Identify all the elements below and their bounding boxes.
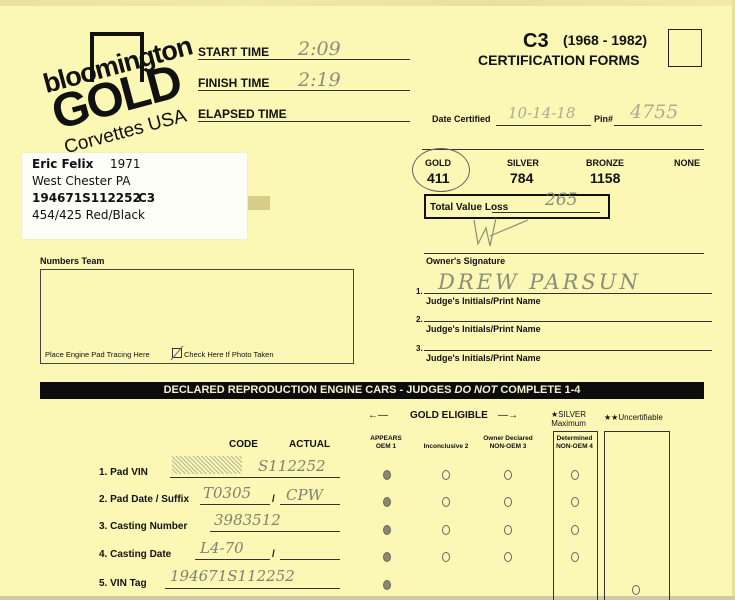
code-header: CODE <box>229 439 258 450</box>
row-casting-number-label: 3. Casting Number <box>99 521 187 532</box>
row-pad-date-code-field[interactable] <box>200 504 270 505</box>
row-vin-tag-field[interactable] <box>165 588 340 589</box>
pin-field[interactable] <box>614 125 702 126</box>
gold-eligible-header: GOLD ELIGIBLE <box>410 410 488 421</box>
judge-1-label: Judge's Initials/Print Name <box>426 296 541 306</box>
date-certified-field[interactable] <box>496 125 591 126</box>
silver-maximum-header: ★SILVERMaximum <box>551 410 586 428</box>
level-bronze-label[interactable]: BRONZE <box>586 158 624 168</box>
row2-radio-owner-declared[interactable] <box>504 497 512 507</box>
scribbled-out-code <box>172 456 242 474</box>
judge-1-number: 1. <box>416 287 423 296</box>
row4-radio-inconclusive[interactable] <box>442 552 450 562</box>
judge-2-label: Judge's Initials/Print Name <box>426 324 541 334</box>
judge-1-value: DREW PARSUN <box>438 270 641 294</box>
label-tab <box>248 196 270 210</box>
silver-max-line2: Maximum <box>551 419 586 428</box>
bloomington-gold-logo: bloomington GOLD Corvettes USA <box>32 30 192 150</box>
level-gold-label[interactable]: GOLD <box>425 158 451 168</box>
car-year: 1971 <box>110 157 141 171</box>
row-pad-vin-actual: S112252 <box>258 457 326 475</box>
right-arrow-icon: —→ <box>498 410 518 421</box>
row-pad-date-actual-field[interactable] <box>280 504 340 505</box>
level-silver-label[interactable]: SILVER <box>507 158 539 168</box>
total-value-loss-value: 265 <box>545 190 577 210</box>
row4-radio-oem[interactable] <box>383 552 391 562</box>
date-certified-label: Date Certified <box>432 114 491 124</box>
left-arrow-icon: ←— <box>368 410 388 421</box>
start-time-value: 2:09 <box>298 38 341 60</box>
level-none-label[interactable]: NONE <box>674 158 700 168</box>
silver-max-line1: ★SILVER <box>551 410 586 419</box>
model-code: C3 <box>523 30 549 53</box>
owner-name: Eric Felix <box>32 157 93 171</box>
row-pad-date-actual: CPW <box>286 486 323 504</box>
banner-text-a: DECLARED REPRODUCTION ENGINE CARS - JUDG… <box>164 384 455 396</box>
row-casting-date-label: 4. Casting Date <box>99 549 171 560</box>
photo-taken-label: Check Here If Photo Taken <box>184 350 274 359</box>
slash-separator: / <box>272 494 275 505</box>
elapsed-time-field[interactable]: ELAPSED TIME <box>198 104 410 122</box>
row4-radio-determined[interactable] <box>571 552 579 562</box>
start-time-field[interactable]: START TIME 2:09 <box>198 42 410 60</box>
start-time-label: START TIME <box>198 45 269 59</box>
level-bronze-value: 1158 <box>590 170 620 186</box>
row-casting-date-code-field[interactable] <box>195 559 270 560</box>
car-engine-colors: 454/425 Red/Black <box>32 208 145 222</box>
silver-max-column-box <box>553 431 598 600</box>
row-pad-vin-field[interactable] <box>170 477 340 478</box>
row3-radio-inconclusive[interactable] <box>442 525 450 535</box>
car-generation: C3 <box>138 191 155 205</box>
car-vin: 194671S112252 <box>32 191 141 205</box>
checkmark-icon <box>170 345 184 361</box>
row1-radio-determined[interactable] <box>571 470 579 480</box>
owner-signature-scrawl <box>470 214 530 250</box>
col-appears-oem: APPEARSOEM 1 <box>366 435 406 451</box>
col-determined-non-oem: DeterminedNON-OEM 4 <box>553 435 596 451</box>
numbers-team-title: Numbers Team <box>40 256 104 266</box>
row1-radio-owner-declared[interactable] <box>504 470 512 480</box>
uncertifiable-header: ★★Uncertifiable <box>604 413 663 422</box>
owner-address-label: Eric Felix 1971 West Chester PA 194671S1… <box>22 153 247 239</box>
corner-checkbox[interactable] <box>668 29 702 67</box>
row-casting-number-code: 3983512 <box>214 511 281 529</box>
pin-label: Pin# <box>594 114 613 124</box>
row3-radio-owner-declared[interactable] <box>504 525 512 535</box>
banner-text-b: COMPLETE 1-4 <box>497 384 580 396</box>
banner-text-emphasis: DO NOT <box>455 384 498 396</box>
row5-radio-uncertifiable[interactable] <box>632 585 640 595</box>
photo-taken-checkbox[interactable] <box>172 348 182 358</box>
row1-radio-oem[interactable] <box>383 470 391 480</box>
uncertifiable-column-box <box>604 431 670 600</box>
col-owner-declared: Owner DeclaredNON-OEM 3 <box>478 435 538 451</box>
model-years: (1968 - 1982) <box>563 32 647 48</box>
row2-radio-inconclusive[interactable] <box>442 497 450 507</box>
judge-3-number: 3. <box>416 344 423 353</box>
judge-2-field[interactable] <box>424 321 712 322</box>
total-value-loss-field[interactable] <box>492 212 600 213</box>
pin-value: 4755 <box>630 101 678 123</box>
finish-time-label: FINISH TIME <box>198 76 269 90</box>
owner-signature-label: Owner's Signature <box>426 256 505 266</box>
row3-radio-oem[interactable] <box>383 525 391 535</box>
row-pad-date-code: T0305 <box>203 484 251 502</box>
level-silver-value: 784 <box>510 170 533 186</box>
finish-time-value: 2:19 <box>298 69 341 91</box>
owner-signature-field[interactable] <box>424 253 704 254</box>
owner-location: West Chester PA <box>32 174 130 188</box>
row2-radio-oem[interactable] <box>383 497 391 507</box>
scan-top-edge <box>0 0 735 6</box>
levels-divider <box>422 149 704 150</box>
row-casting-number-field[interactable] <box>210 531 340 532</box>
date-certified-value: 10-14-18 <box>508 104 575 122</box>
row-pad-vin-label: 1. Pad VIN <box>99 467 148 478</box>
pad-tracing-label: Place Engine Pad Tracing Here <box>45 350 150 359</box>
row1-radio-inconclusive[interactable] <box>442 470 450 480</box>
form-title: CERTIFICATION FORMS <box>478 52 640 68</box>
actual-header: ACTUAL <box>289 439 330 450</box>
row-casting-date-code: L4-70 <box>200 539 244 557</box>
row3-radio-determined[interactable] <box>571 525 579 535</box>
reproduction-engine-banner: DECLARED REPRODUCTION ENGINE CARS - JUDG… <box>40 382 704 399</box>
judge-2-number: 2. <box>416 315 423 324</box>
judge-3-field[interactable] <box>424 350 712 351</box>
row-vin-tag-label: 5. VIN Tag <box>99 578 147 589</box>
slash-separator: / <box>272 549 275 560</box>
row-vin-tag-code: 194671S112252 <box>170 567 295 585</box>
row-pad-date-label: 2. Pad Date / Suffix <box>99 494 189 505</box>
row-casting-date-actual-field[interactable] <box>280 559 340 560</box>
elapsed-time-label: ELAPSED TIME <box>198 107 287 121</box>
row5-radio-oem[interactable] <box>383 580 391 590</box>
judge-3-label: Judge's Initials/Print Name <box>426 353 541 363</box>
row2-radio-determined[interactable] <box>571 497 579 507</box>
level-gold-value: 411 <box>427 170 450 186</box>
row4-radio-owner-declared[interactable] <box>504 552 512 562</box>
finish-time-field[interactable]: FINISH TIME 2:19 <box>198 73 410 91</box>
col-inconclusive: Inconclusive 2 <box>418 443 474 451</box>
